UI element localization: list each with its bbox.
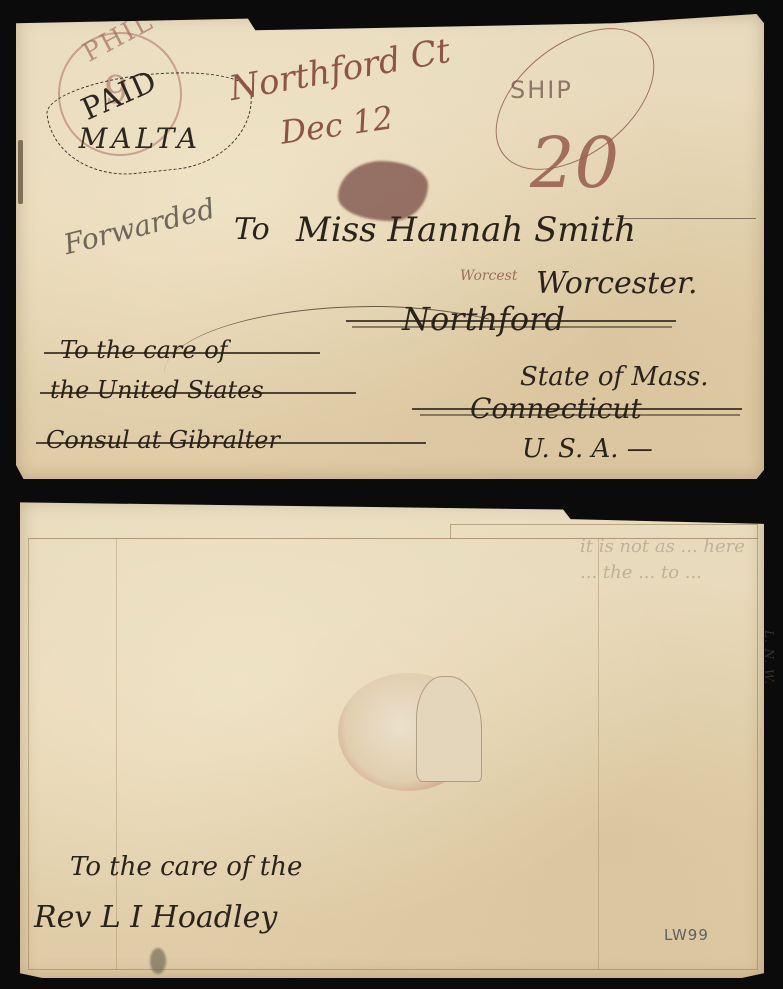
town-pencil-note: Worcest — [460, 268, 518, 284]
back-care-of-line: To the care of the — [70, 852, 302, 882]
town-new: Worcester. — [536, 266, 698, 301]
address-country: U. S. A. — — [522, 434, 653, 464]
postmark-city: PHIL — [78, 6, 159, 68]
address-underline — [616, 218, 756, 219]
care-of-struck-line: Consul at Gibralter — [46, 426, 280, 454]
side-edge-note: L. N. W. — [762, 630, 776, 685]
back-care-of-line: Rev L I Hoadley — [34, 900, 277, 935]
edge-mark — [18, 140, 23, 204]
forwarded-note: Forwarded — [60, 192, 218, 261]
ink-smudge — [150, 948, 166, 974]
manuscript-origin: Northford Ct — [226, 31, 453, 109]
letter-front: PHIL 9 PAID MALTA Northford Ct Dec 12 SH… — [16, 14, 764, 479]
postage-rate: 20 — [530, 122, 619, 204]
address-salutation: To — [234, 212, 270, 247]
bleed-through-text: it is not as ... here — [580, 536, 745, 557]
addressee-name: Miss Hannah Smith — [296, 210, 636, 250]
care-of-strikethrough — [40, 392, 356, 394]
care-of-strikethrough — [44, 352, 320, 354]
pencil-inventory-note: LW99 — [664, 926, 709, 944]
care-of-strikethrough — [36, 442, 426, 444]
care-of-struck-line: To the care of — [60, 336, 228, 364]
care-of-struck-line: the United States — [50, 376, 264, 404]
seal-paper-tab — [416, 676, 482, 782]
bleed-through-text: ... the ... to ... — [580, 562, 702, 583]
state-new: State of Mass. — [520, 362, 708, 392]
fold-crease — [598, 538, 599, 970]
ship-label: SHIP — [510, 76, 573, 104]
manuscript-date: Dec 12 — [278, 98, 396, 151]
malta-label: MALTA — [79, 122, 202, 155]
